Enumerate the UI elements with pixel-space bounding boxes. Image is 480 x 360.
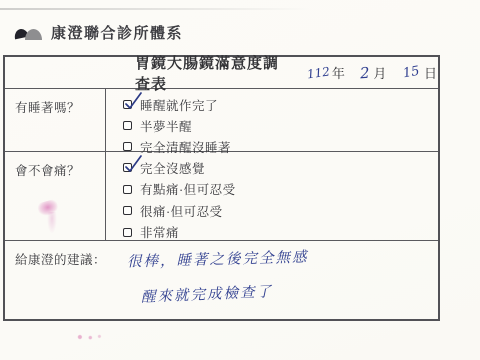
option-label: 有點痛·但可忍受 — [140, 180, 236, 198]
checkbox-unchecked[interactable] — [123, 142, 132, 151]
question-label-sleep: 有睡著嗎？ — [5, 89, 106, 151]
handwritten-year-value: 112 — [306, 64, 331, 81]
date-line: 112 年 2 月 15 日 — [299, 63, 438, 82]
checkbox-unchecked[interactable] — [123, 206, 132, 215]
question-options-pain: 完全沒感覺 有點痛·但可忍受 很痛·但可忍受 非常痛 — [106, 152, 438, 240]
option-slight-pain: 有點痛·但可忍受 — [123, 179, 438, 201]
checkbox-unchecked[interactable] — [123, 121, 132, 130]
handwritten-suggestion-line-2: 醒來就完成檢查了 — [141, 280, 274, 307]
clinic-name: 康澄聯合診所體系 — [51, 22, 183, 43]
checkbox-checked[interactable] — [123, 100, 132, 109]
title-row: 胃鏡大腸鏡滿意度調查表 112 年 2 月 15 日 — [5, 57, 438, 89]
year-unit-label: 年 — [332, 63, 346, 82]
handwritten-month-value: 2 — [359, 63, 370, 82]
question-options-sleep: 睡醒就作完了 半夢半醒 完全清醒沒睡著 — [106, 89, 438, 151]
question-row-pain: 會不會痛？ 完全沒感覺 有點痛·但可忍受 很痛·但可忍受 — [5, 152, 438, 241]
handwritten-day-value: 15 — [402, 64, 421, 82]
month-unit-label: 月 — [373, 63, 387, 82]
checkbox-unchecked[interactable] — [123, 185, 132, 194]
checkbox-checked[interactable] — [123, 163, 132, 172]
option-very-painful-bearable: 很痛·但可忍受 — [123, 200, 438, 222]
option-label: 很痛·但可忍受 — [140, 202, 223, 220]
option-no-feeling: 完全沒感覺 — [123, 157, 438, 179]
option-label: 完全沒感覺 — [140, 159, 205, 177]
checkbox-unchecked[interactable] — [123, 228, 132, 237]
pink-ink-smudge-trail — [47, 212, 57, 234]
pink-ink-dots — [76, 334, 102, 340]
form-title: 胃鏡大腸鏡滿意度調查表 — [135, 52, 295, 94]
clinic-header: 康澄聯合診所體系 — [14, 22, 183, 43]
option-label: 非常痛 — [140, 223, 179, 241]
question-row-sleep: 有睡著嗎？ 睡醒就作完了 半夢半醒 完全清醒沒睡著 — [5, 89, 438, 152]
option-label: 睡醒就作完了 — [140, 96, 218, 114]
clinic-logo-icon — [14, 25, 44, 41]
option-half-awake: 半夢半醒 — [123, 115, 438, 136]
handwritten-suggestion-line-1: 很棒，睡著之後完全無感 — [127, 246, 309, 272]
option-label: 半夢半醒 — [140, 117, 192, 135]
scanned-survey-form: 康澄聯合診所體系 胃鏡大腸鏡滿意度調查表 112 年 2 月 15 日 有睡著嗎… — [0, 0, 480, 360]
option-extremely-painful: 非常痛 — [123, 222, 438, 244]
scan-artifact-line — [0, 8, 310, 10]
suggestion-label: 給康澄的建議： — [15, 253, 106, 267]
survey-table: 胃鏡大腸鏡滿意度調查表 112 年 2 月 15 日 有睡著嗎？ — [3, 55, 440, 321]
suggestion-row: 給康澄的建議： 很棒，睡著之後完全無感 醒來就完成檢查了 — [5, 241, 438, 320]
day-unit-label: 日 — [424, 63, 438, 82]
option-slept-through: 睡醒就作完了 — [123, 94, 438, 115]
logo-gray-dome — [25, 29, 42, 40]
